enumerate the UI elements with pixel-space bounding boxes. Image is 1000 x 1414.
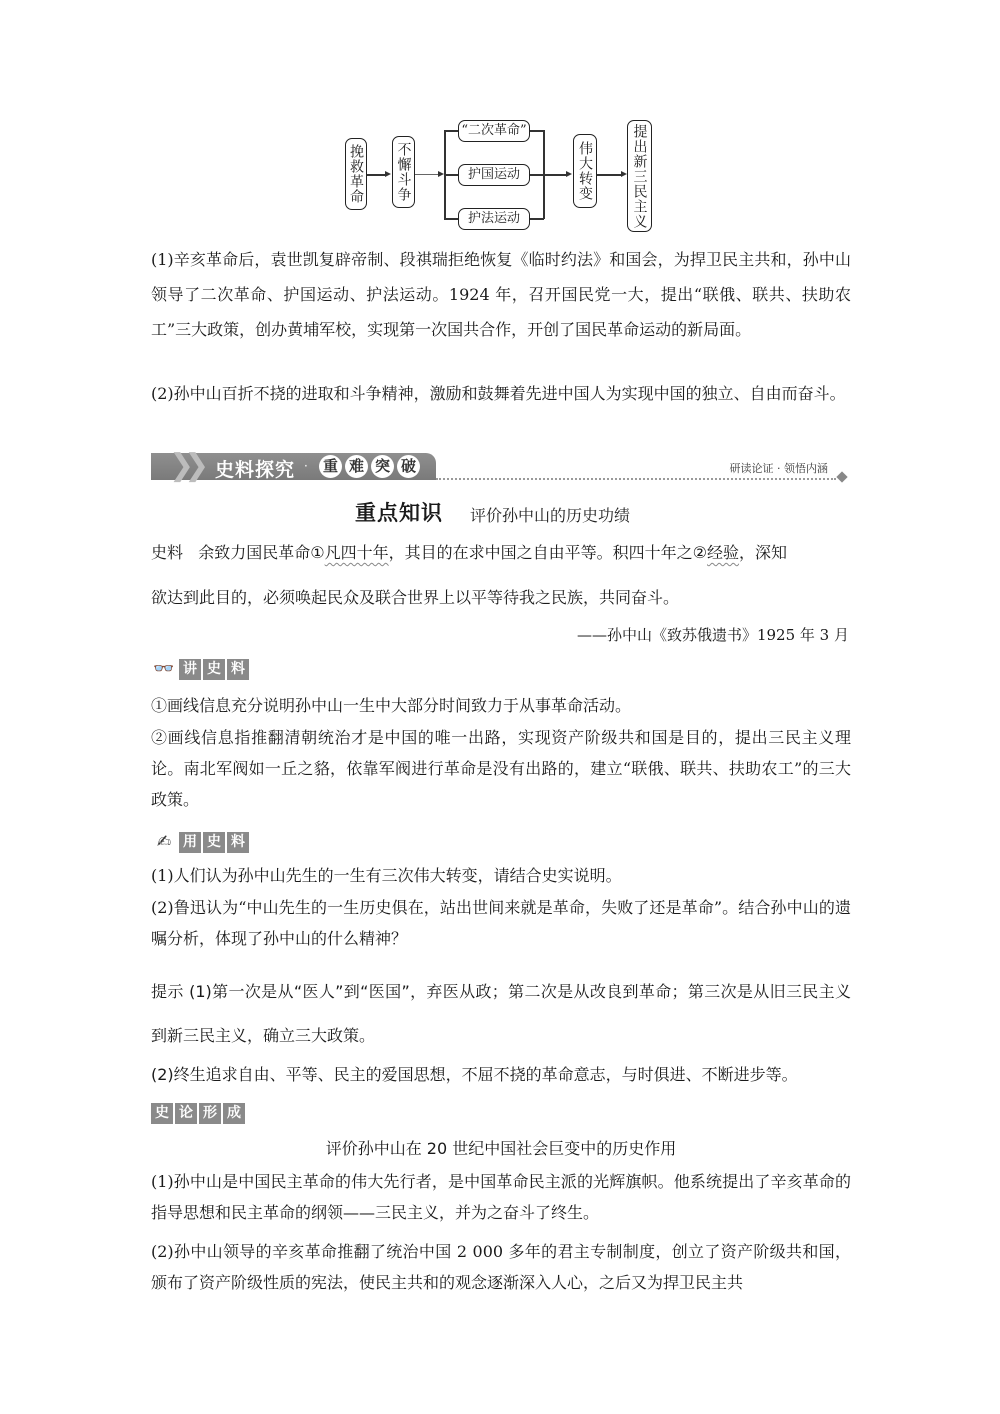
source-text: 余致力国民革命①	[198, 543, 324, 562]
section-banner: ❯❯ 史料探究 · 重 难 突 破 研读论证 · 领悟内涵	[151, 453, 848, 481]
revolution-flow-diagram: 挽救革命 不懈斗争 “二次革命” 护国运动 护法运动 伟大转变 提出新三民主义	[345, 120, 675, 232]
question-2: (2)鲁迅认为“中山先生的一生历史俱在，站出世间来就是革命，失败了还是革命”。结…	[151, 892, 851, 954]
source-text: ，深知	[739, 543, 787, 562]
tag-char: 讲	[179, 659, 201, 680]
source-text-line-2: 欲达到此目的，必须唤起民众及联合世界上以平等待我之民族，共同奋斗。	[151, 578, 851, 618]
banner-circle-char: 重	[319, 455, 342, 478]
arrow-icon	[385, 171, 391, 177]
banner-circle-char: 突	[371, 455, 394, 478]
diagram-connector	[544, 174, 568, 176]
banner-circle-group: 重 难 突 破	[319, 455, 420, 478]
use-source-header: ✍ 用 史 料	[151, 831, 249, 853]
conclusion-item-2: (2)孙中山领导的辛亥革命推翻了统治中国 2 000 多年的君主专制制度，创立了…	[151, 1236, 851, 1298]
tag-char: 形	[199, 1103, 221, 1124]
hint-2: (2)终生追求自由、平等、民主的爱国思想，不屈不挠的革命意志，与时俱进、不断进步…	[151, 1055, 851, 1095]
explain-item-2: ②画线信息指推翻清朝统治才是中国的唯一出路，实现资产阶级共和国是目的，提出三民主…	[151, 722, 851, 815]
diagram-connector	[530, 174, 544, 176]
tag-char: 料	[227, 659, 249, 680]
diagram-connector	[597, 174, 623, 176]
conclusion-header: 史 论 形 成	[151, 1103, 245, 1124]
banner-title: 史料探究	[215, 455, 295, 482]
banner-dotted-rule	[436, 478, 836, 480]
conclusion-title: 评价孙中山在 20 世纪中国社会巨变中的历史作用	[151, 1136, 851, 1159]
source-citation: ——孙中山《致苏俄遗书》1925 年 3 月	[577, 624, 849, 645]
banner-separator: ·	[304, 459, 308, 473]
tag-char: 史	[151, 1103, 173, 1124]
pen-writing-icon: ✍	[151, 831, 177, 853]
explain-item-1: ①画线信息充分说明孙中山一生中大部分时间致力于从事革命活动。	[151, 690, 851, 721]
diagram-box-new-three-principles: 提出新三民主义	[627, 120, 652, 232]
banner-right-caption: 研读论证 · 领悟内涵	[730, 460, 829, 476]
diagram-connector	[444, 130, 458, 132]
explain-source-header: 👓 讲 史 料	[151, 658, 249, 680]
source-text-line-1: 史料 余致力国民革命①凡四十年，其目的在求中国之自由平等。积四十年之②经验，深知	[151, 533, 851, 573]
diagram-box-second-revolution: “二次革命”	[458, 120, 530, 142]
double-chevron-icon: ❯❯	[169, 451, 199, 481]
diagram-box-save-revolution: 挽救革命	[345, 138, 367, 210]
diagram-box-great-transformation: 伟大转变	[573, 134, 597, 208]
diagram-box-constitution-protection: 护法运动	[458, 208, 530, 230]
underlined-phrase-1: 凡四十年	[325, 543, 389, 562]
diagram-connector	[444, 218, 458, 220]
diamond-icon	[836, 471, 847, 482]
teacher-icon: 👓	[151, 658, 177, 680]
diagram-connector	[444, 174, 458, 176]
source-label: 史料	[151, 543, 183, 562]
conclusion-item-1: (1)孙中山是中国民主革命的伟大先行者，是中国革命民主派的光辉旗帜。他系统提出了…	[151, 1166, 851, 1228]
tag-char: 史	[203, 832, 225, 853]
hint-text: (1)第一次是从“医人”到“医国”，弃医从政；第二次是从改良到革命；第三次是从旧…	[151, 982, 851, 1045]
underlined-phrase-2: 经验	[707, 543, 739, 562]
hint-1: 提示 (1)第一次是从“医人”到“医国”，弃医从政；第二次是从改良到革命；第三次…	[151, 970, 851, 1058]
tag-char: 成	[223, 1103, 245, 1124]
hint-label: 提示	[151, 982, 184, 1001]
intro-paragraph-1: (1)辛亥革命后，袁世凯复辟帝制、段祺瑞拒绝恢复《临时约法》和国会，为捍卫民主共…	[151, 242, 851, 347]
intro-paragraph-2: (2)孙中山百折不挠的进取和斗争精神，激励和鼓舞着先进中国人为实现中国的独立、自…	[151, 376, 851, 411]
diagram-connector	[530, 218, 544, 220]
diagram-connector	[367, 174, 387, 176]
banner-circle-char: 难	[345, 455, 368, 478]
key-point-title: 重点知识	[355, 497, 443, 527]
question-1: (1)人们认为孙中山先生的一生有三次伟大转变，请结合史实说明。	[151, 860, 851, 891]
tag-char: 论	[175, 1103, 197, 1124]
key-point-subtitle: 评价孙中山的历史功绩	[470, 503, 630, 526]
arrow-icon	[566, 171, 572, 177]
tag-char: 史	[203, 659, 225, 680]
diagram-connector	[530, 130, 544, 132]
diagram-box-national-protection: 护国运动	[458, 164, 530, 186]
banner-circle-char: 破	[397, 455, 420, 478]
tag-char: 用	[179, 832, 201, 853]
tag-char: 料	[227, 832, 249, 853]
diagram-box-unremitting-struggle: 不懈斗争	[392, 136, 415, 208]
source-text: ，其目的在求中国之自由平等。积四十年之②	[389, 543, 707, 562]
